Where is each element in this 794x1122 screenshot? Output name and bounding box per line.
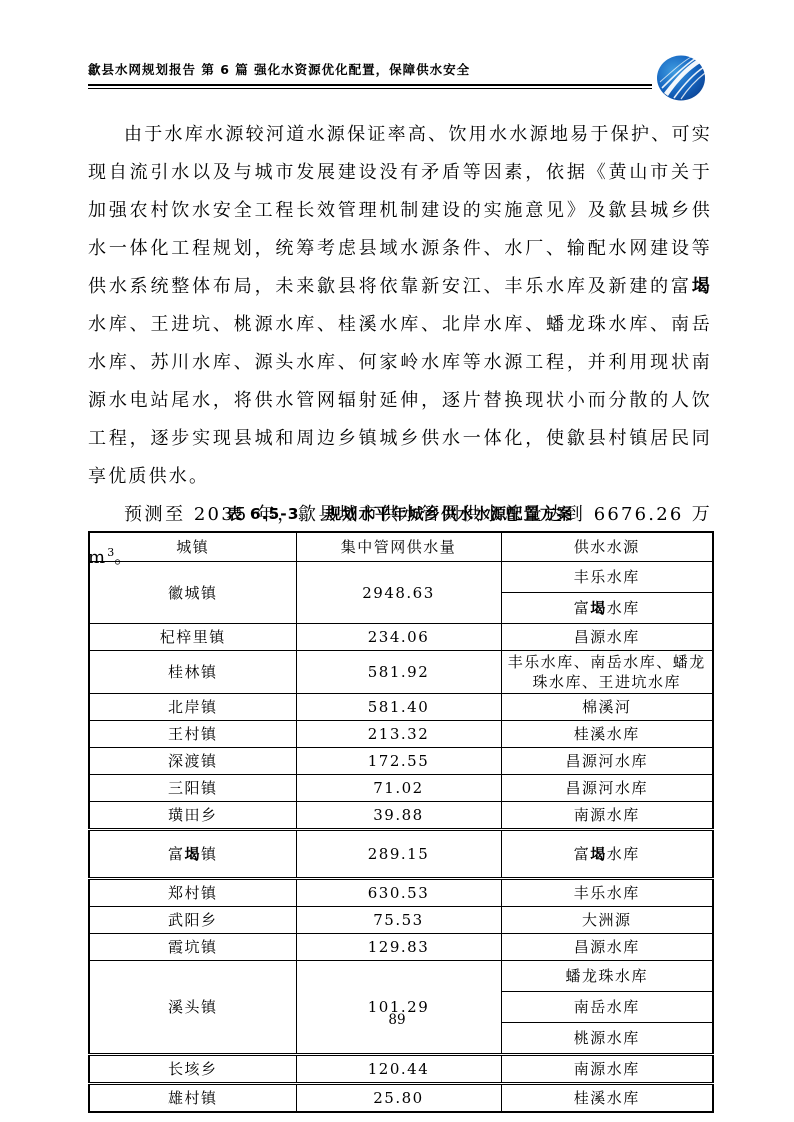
town-cell: 长垓乡 [89, 1055, 296, 1084]
source-cell: 南源水库 [501, 802, 713, 830]
town-cell: 王村镇 [89, 721, 296, 748]
table-row: 徽城镇2948.63丰乐水库 [89, 562, 713, 593]
volume-cell: 71.02 [296, 775, 501, 802]
volume-cell: 581.40 [296, 694, 501, 721]
volume-cell: 25.80 [296, 1084, 501, 1113]
table-row: 桂林镇581.92丰乐水库、南岳水库、蟠龙珠水库、王进坑水库 [89, 651, 713, 694]
table-row: 璜田乡39.88南源水库 [89, 802, 713, 830]
volume-cell: 581.92 [296, 651, 501, 694]
town-cell: 溪头镇 [89, 961, 296, 1055]
table-row: 武阳乡75.53大洲源 [89, 907, 713, 934]
table-row: 三阳镇71.02昌源河水库 [89, 775, 713, 802]
source-cell: 桂溪水库 [501, 1084, 713, 1113]
town-cell: 桂林镇 [89, 651, 296, 694]
source-cell: 南源水库 [501, 1055, 713, 1084]
volume-cell: 213.32 [296, 721, 501, 748]
town-cell: 雄村镇 [89, 1084, 296, 1113]
company-logo-icon [654, 54, 708, 102]
table-caption-number: 表 6.5-3 [227, 505, 300, 523]
header-rule-thick [88, 84, 652, 86]
page-number: 89 [0, 1012, 794, 1028]
town-cell: 深渡镇 [89, 748, 296, 775]
town-cell: 璜田乡 [89, 802, 296, 830]
rare-glyph: 堨 [692, 276, 712, 297]
header-cell: 集中管网供水量 [296, 532, 501, 562]
table-row: 深渡镇172.55昌源河水库 [89, 748, 713, 775]
source-cell: 丰乐水库、南岳水库、蟠龙珠水库、王进坑水库 [501, 651, 713, 694]
source-cell: 蟠龙珠水库 [501, 961, 713, 992]
table-caption: 表 6.5-3规划水平年城乡供水水源配置方案 [88, 502, 712, 524]
table-row: 杞梓里镇234.06昌源水库 [89, 624, 713, 651]
source-cell: 大洲源 [501, 907, 713, 934]
table-header-row: 城镇集中管网供水量供水水源 [89, 532, 713, 562]
source-cell: 桂溪水库 [501, 721, 713, 748]
source-cell: 昌源河水库 [501, 748, 713, 775]
paragraph-1: 由于水库水源较河道水源保证率高、饮用水水源地易于保护、可实现自流引水以及与城市发… [88, 116, 712, 496]
volume-cell: 75.53 [296, 907, 501, 934]
town-cell: 富堨镇 [89, 830, 296, 879]
source-cell: 富堨水库 [501, 830, 713, 879]
table-row: 北岸镇581.40棉溪河 [89, 694, 713, 721]
source-cell: 昌源河水库 [501, 775, 713, 802]
header-cell: 城镇 [89, 532, 296, 562]
source-cell: 昌源水库 [501, 624, 713, 651]
source-cell: 棉溪河 [501, 694, 713, 721]
town-cell: 三阳镇 [89, 775, 296, 802]
table-row: 郑村镇630.53丰乐水库 [89, 879, 713, 907]
volume-cell: 172.55 [296, 748, 501, 775]
town-cell: 郑村镇 [89, 879, 296, 907]
table-row: 富堨镇289.15富堨水库 [89, 830, 713, 879]
source-cell: 丰乐水库 [501, 562, 713, 593]
header-cell: 供水水源 [501, 532, 713, 562]
table-row: 王村镇213.32桂溪水库 [89, 721, 713, 748]
volume-cell: 234.06 [296, 624, 501, 651]
rare-glyph: 堨 [184, 845, 201, 863]
town-cell: 北岸镇 [89, 694, 296, 721]
volume-cell: 630.53 [296, 879, 501, 907]
volume-cell: 2948.63 [296, 562, 501, 624]
header-title: 歙县水网规划报告 第 6 篇 强化水资源优化配置，保障供水安全 [88, 60, 712, 84]
volume-cell: 129.83 [296, 934, 501, 961]
town-cell: 徽城镇 [89, 562, 296, 624]
table-caption-text: 规划水平年城乡供水水源配置方案 [326, 505, 574, 523]
volume-cell: 289.15 [296, 830, 501, 879]
town-cell: 霞坑镇 [89, 934, 296, 961]
rare-glyph: 堨 [590, 599, 607, 617]
header-rule-thin [88, 88, 652, 89]
town-cell: 杞梓里镇 [89, 624, 296, 651]
volume-cell: 101.29 [296, 961, 501, 1055]
volume-cell: 39.88 [296, 802, 501, 830]
town-cell: 武阳乡 [89, 907, 296, 934]
table-row: 霞坑镇129.83昌源水库 [89, 934, 713, 961]
source-cell: 富堨水库 [501, 593, 713, 624]
source-cell: 昌源水库 [501, 934, 713, 961]
table-row: 长垓乡120.44南源水库 [89, 1055, 713, 1084]
document-page: 歙县水网规划报告 第 6 篇 强化水资源优化配置，保障供水安全 [0, 0, 794, 1122]
page-header: 歙县水网规划报告 第 6 篇 强化水资源优化配置，保障供水安全 [88, 60, 712, 89]
rare-glyph: 堨 [590, 845, 607, 863]
volume-cell: 120.44 [296, 1055, 501, 1084]
table-row: 雄村镇25.80桂溪水库 [89, 1084, 713, 1113]
table-row: 溪头镇101.29蟠龙珠水库 [89, 961, 713, 992]
source-cell: 丰乐水库 [501, 879, 713, 907]
